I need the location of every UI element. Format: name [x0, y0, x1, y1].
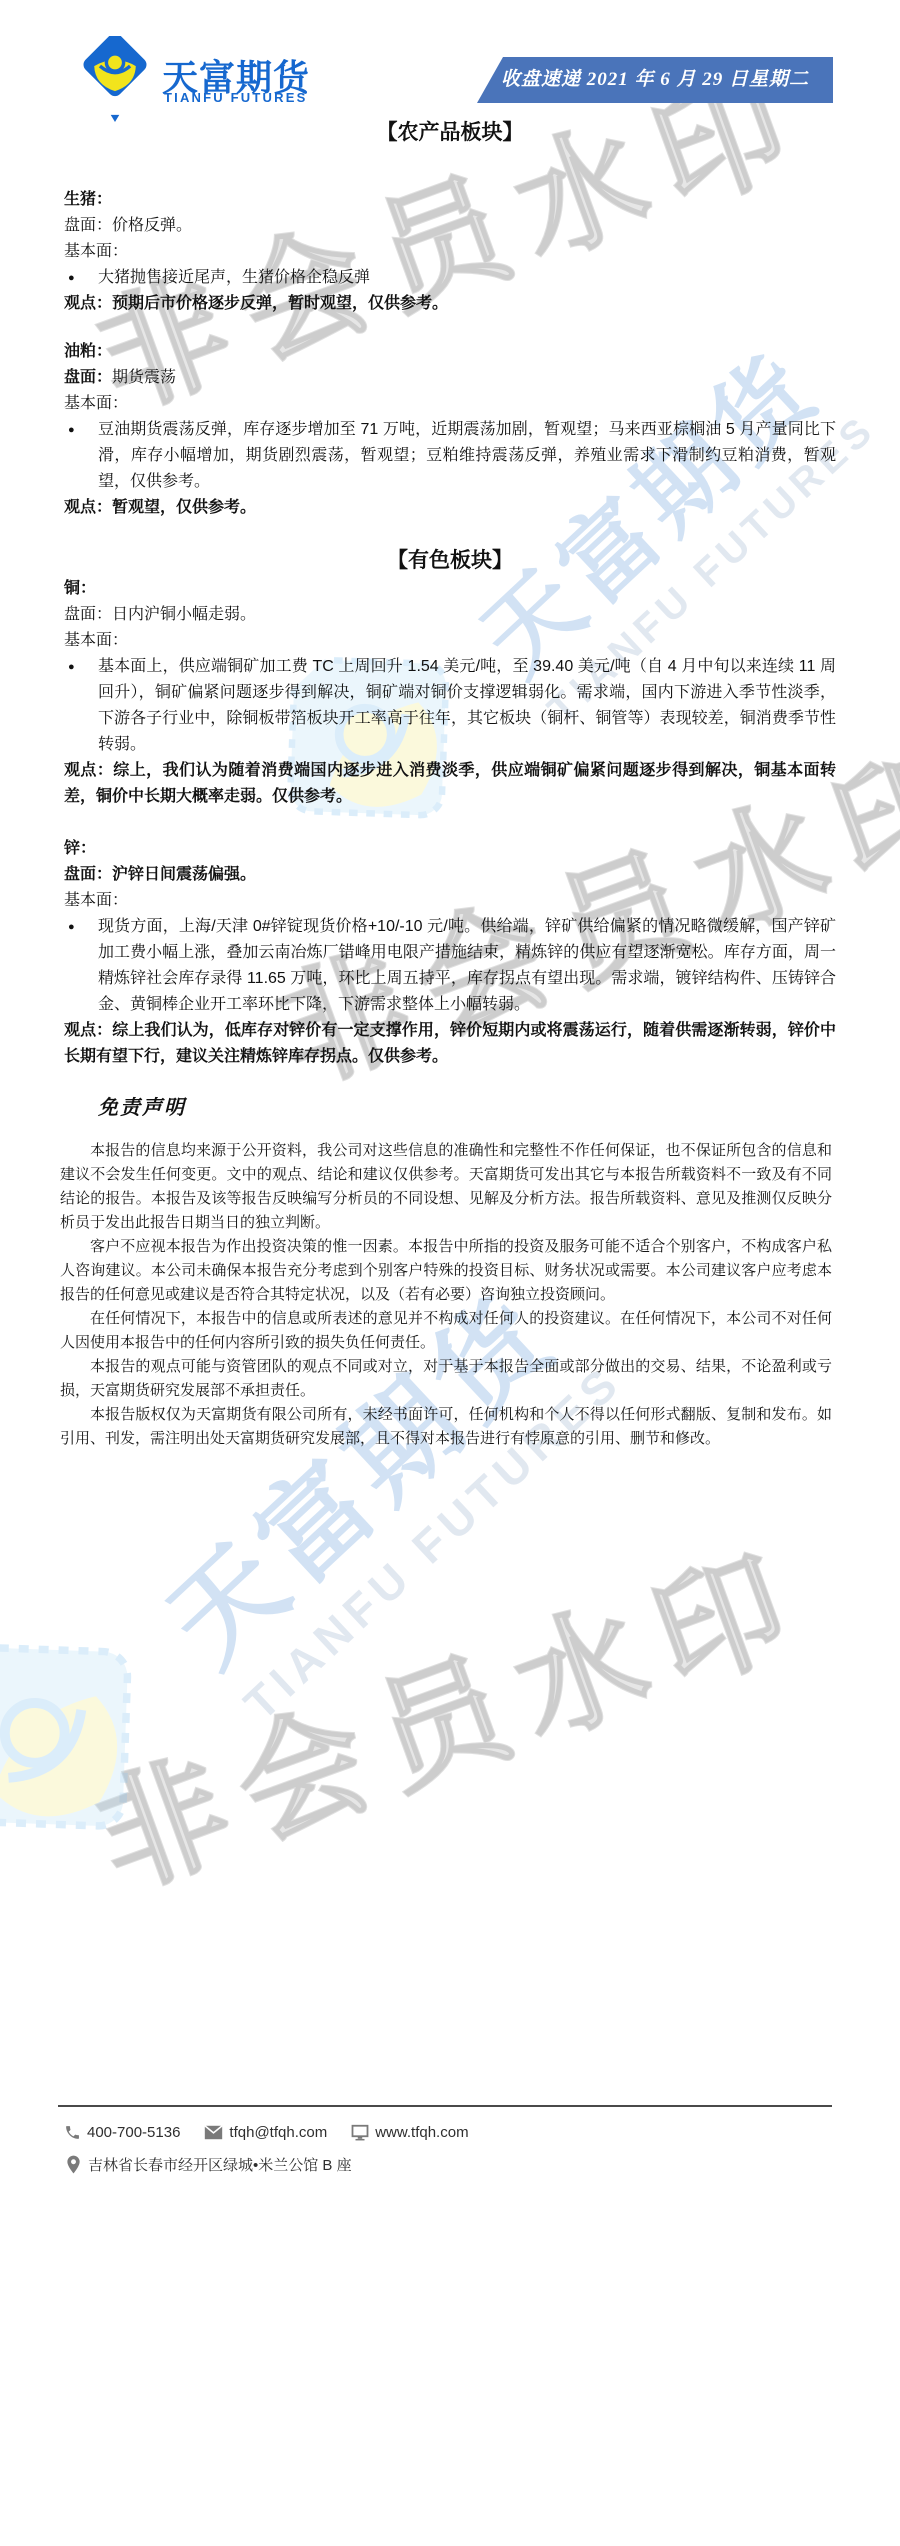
- disclaimer-title: 免责声明: [98, 1094, 832, 1122]
- disclaimer-section: 免责声明 本报告的信息均来源于公开资料，我公司对这些信息的准确性和完整性不作任何…: [60, 1094, 832, 1451]
- commodity-block-oilmeal: 油粕： 盘面：期货震荡 基本面： ● 豆油期货震荡反弹，库存逐步增加至 71 万…: [64, 339, 836, 521]
- market-line: 盘面：日内沪铜小幅走弱。: [64, 602, 836, 628]
- fundamentals-bullet: ● 现货方面，上海/天津 0#锌锭现货价格+10/-10 元/吨。供给端，锌矿供…: [64, 914, 836, 1018]
- fundamentals-bullet: ● 豆油期货震荡反弹，库存逐步增加至 71 万吨，近期震荡加剧，暂观望；马来西亚…: [64, 417, 836, 495]
- footer-contact-row: 400-700-5136 tfqh@tfqh.com www.tfqh.com: [64, 2124, 469, 2141]
- disclaimer-paragraph: 本报告的观点可能与资管团队的观点不同或对立，对于基于本报告全面或部分做出的交易、…: [60, 1355, 832, 1403]
- commodity-name: 锌：: [64, 836, 836, 862]
- footer-email: tfqh@tfqh.com: [204, 2124, 327, 2141]
- fundamentals-label: 基本面：: [64, 628, 836, 654]
- bullet-icon: ●: [64, 265, 98, 291]
- bullet-text: 豆油期货震荡反弹，库存逐步增加至 71 万吨，近期震荡加剧，暂观望；马来西亚棕榈…: [98, 417, 836, 495]
- fundamentals-bullet: ● 基本面上，供应端铜矿加工费 TC 上周回升 1.54 美元/吨，至 39.4…: [64, 654, 836, 758]
- disclaimer-paragraph: 客户不应视本报告为作出投资决策的惟一因素。本报告中所指的投资及服务可能不适合个别…: [60, 1235, 832, 1307]
- commodity-block-zinc: 锌： 盘面：沪锌日间震荡偏强。 基本面： ● 现货方面，上海/天津 0#锌锭现货…: [64, 836, 836, 1070]
- email-icon: [204, 2125, 223, 2140]
- viewpoint-line: 观点：暂观望，仅供参考。: [64, 495, 836, 521]
- viewpoint-line: 观点：综上，我们认为随着消费端国内逐步进入消费淡季，供应端铜矿偏紧问题逐步得到解…: [64, 758, 836, 810]
- website-url: www.tfqh.com: [375, 2124, 468, 2141]
- disclaimer-paragraph: 本报告版权仅为天富期货有限公司所有，未经书面许可，任何机构和个人不得以任何形式翻…: [60, 1403, 832, 1451]
- market-text: 期货震荡: [112, 369, 176, 386]
- bullet-text: 基本面上，供应端铜矿加工费 TC 上周回升 1.54 美元/吨，至 39.40 …: [98, 654, 836, 758]
- disclaimer-paragraph: 在任何情况下，本报告中的信息或所表述的意见并不构成对任何人的投资建议。在任何情况…: [60, 1307, 832, 1355]
- phone-number: 400-700-5136: [87, 2124, 180, 2141]
- footer-website: www.tfqh.com: [351, 2124, 468, 2141]
- bullet-icon: ●: [64, 914, 98, 1018]
- bullet-text: 现货方面，上海/天津 0#锌锭现货价格+10/-10 元/吨。供给端，锌矿供给偏…: [98, 914, 836, 1018]
- section-title-metals: 【有色板块】: [64, 546, 836, 576]
- report-body: 【农产品板块】 生猪： 盘面：价格反弹。 基本面： ● 大猪抛售接近尾声，生猪价…: [64, 118, 836, 1451]
- disclaimer-paragraph: 本报告的信息均来源于公开资料，我公司对这些信息的准确性和完整性不作任何保证，也不…: [60, 1139, 832, 1235]
- commodity-block-hogs: 生猪： 盘面：价格反弹。 基本面： ● 大猪抛售接近尾声，生猪价格企稳反弹 观点…: [64, 187, 836, 317]
- report-page: { "header": { "brand_cn": "天富期货", "brand…: [0, 0, 900, 2546]
- market-line: 盘面：沪锌日间震荡偏强。: [64, 862, 836, 888]
- commodity-name: 铜：: [64, 576, 836, 602]
- phone-icon: [64, 2124, 81, 2141]
- bullet-icon: ●: [64, 417, 98, 495]
- email-address: tfqh@tfqh.com: [229, 2124, 327, 2141]
- commodity-name: 油粕：: [64, 339, 836, 365]
- footer-divider: [58, 2105, 832, 2107]
- market-line: 盘面：期货震荡: [64, 365, 836, 391]
- bullet-icon: ●: [64, 654, 98, 758]
- viewpoint-line: 观点：综上我们认为，低库存对锌价有一定支撑作用，锌价短期内或将震荡运行，随着供需…: [64, 1018, 836, 1070]
- company-name-en: TIANFU FUTURES: [164, 90, 307, 105]
- bullet-text: 大猪抛售接近尾声，生猪价格企稳反弹: [98, 265, 836, 291]
- company-logo-icon: [77, 36, 153, 122]
- brand-diamond-icon: [0, 1573, 271, 1972]
- footer-address-row: 吉林省长春市经开区绿城•米兰公馆 B 座: [66, 2154, 352, 2175]
- viewpoint-line: 观点：预期后市价格逐步反弹，暂时观望，仅供参考。: [64, 291, 836, 317]
- fundamentals-label: 基本面：: [64, 888, 836, 914]
- commodity-name: 生猪：: [64, 187, 836, 213]
- location-pin-icon: [66, 2155, 81, 2174]
- commodity-block-copper: 铜： 盘面：日内沪铜小幅走弱。 基本面： ● 基本面上，供应端铜矿加工费 TC …: [64, 576, 836, 810]
- watermark-member-text: 非会员水印: [69, 1497, 827, 1923]
- section-title-agriculture: 【农产品板块】: [64, 118, 836, 148]
- fundamentals-label: 基本面：: [64, 391, 836, 417]
- footer-phone: 400-700-5136: [64, 2124, 180, 2141]
- market-line: 盘面：价格反弹。: [64, 213, 836, 239]
- fundamentals-bullet: ● 大猪抛售接近尾声，生猪价格企稳反弹: [64, 265, 836, 291]
- fundamentals-label: 基本面：: [64, 239, 836, 265]
- monitor-icon: [351, 2124, 369, 2141]
- company-address: 吉林省长春市经开区绿城•米兰公馆 B 座: [88, 2154, 352, 2175]
- market-label: 盘面：: [64, 369, 112, 386]
- date-banner: 收盘速递 2021 年 6 月 29 日星期二: [477, 57, 833, 103]
